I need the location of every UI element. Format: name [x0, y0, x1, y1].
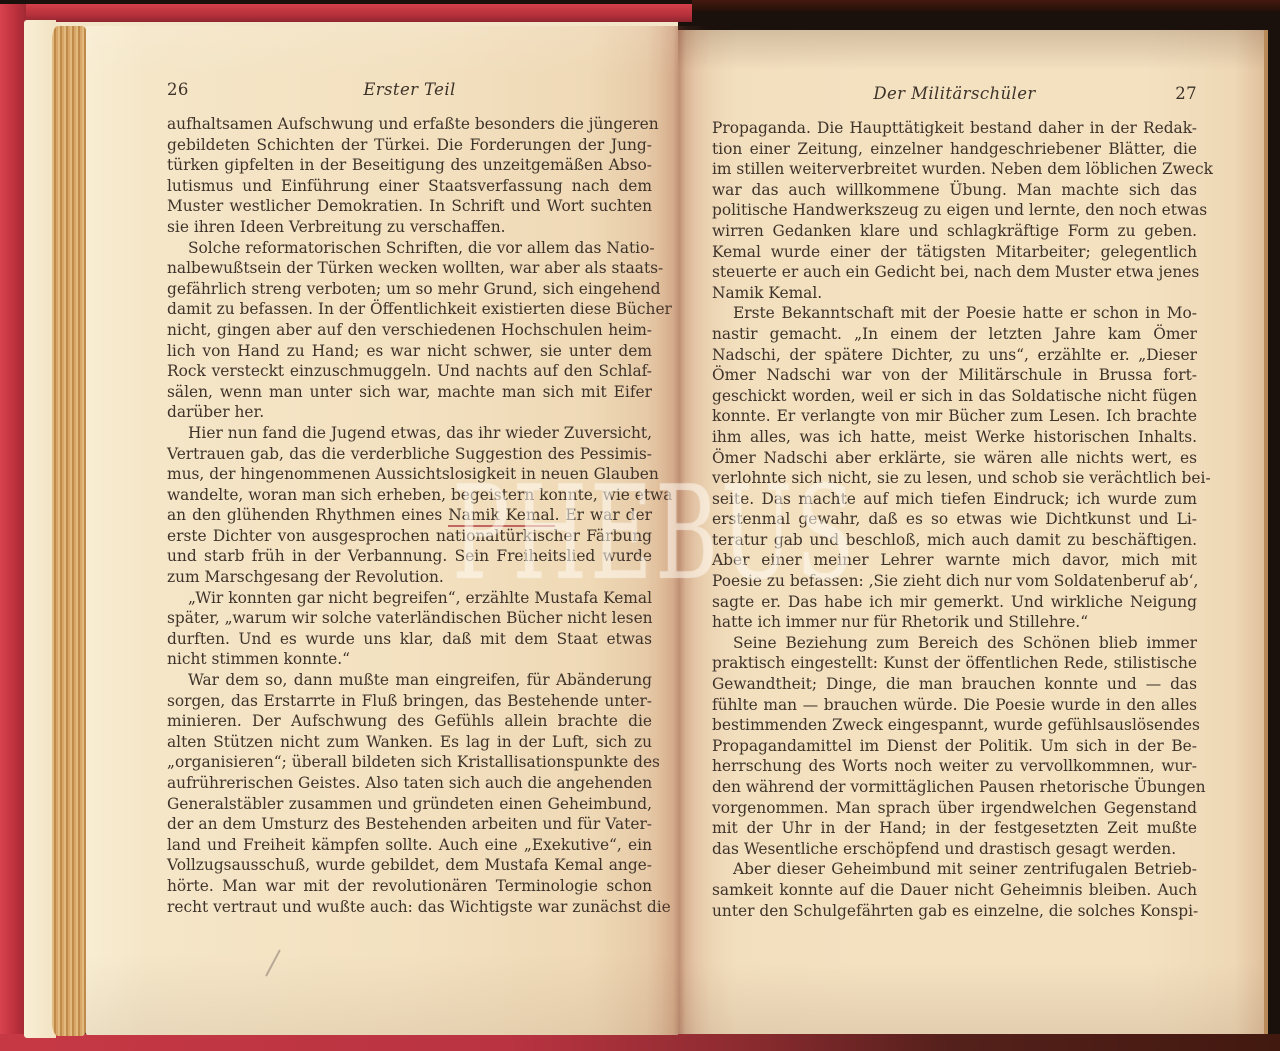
text-line: sie ihren Ideen Verbreitung zu verschaff…: [167, 217, 652, 238]
text-line: recht vertraut und wußte auch: das Wicht…: [167, 897, 652, 918]
left-header-title: Erster Teil: [363, 80, 455, 99]
text-line: Nadschi, der spätere Dichter, zu uns“, e…: [712, 345, 1197, 366]
left-running-head-inner: 26 Erster Teil: [167, 80, 652, 99]
left-page-number: 26: [167, 80, 189, 99]
text-line: lutismus und Einführung einer Staatsverf…: [167, 176, 652, 197]
page-stack-fore-edge: [52, 26, 88, 1036]
text-line: geschickt worden, weil er sich in das So…: [712, 386, 1197, 407]
paragraph: Solche reformatorischen Schriften, die v…: [167, 238, 652, 423]
text-line: wirren Gedanken klare und schlagkräftige…: [712, 221, 1197, 242]
text-line: Propagandamittel im Dienst der Politik. …: [712, 736, 1197, 757]
book-cover-top-edge: [0, 4, 692, 22]
pencil-mark: [265, 949, 281, 976]
text-line: sorgen, das Erstarrte in Fluß bringen, d…: [167, 691, 652, 712]
text-line: Aber einer meiner Lehrer warnte mich dav…: [712, 550, 1197, 571]
text-line: samkeit konnte auf die Dauer nicht Gehei…: [712, 880, 1197, 901]
text-line: alten Stützen nicht zum Wanken. Es lag i…: [167, 732, 652, 753]
text-line: lich von Hand zu Hand; es war nicht schw…: [167, 341, 652, 362]
text-line: land und Freiheit kämpfen sollte. Auch e…: [167, 835, 652, 856]
text-line: War dem so, dann mußte man eingreifen, f…: [167, 670, 652, 691]
text-line: Gewandtheit; Dinge, die man brauchen kon…: [712, 674, 1197, 695]
text-line: verlohnte sich nicht, sie zu lesen, und …: [712, 468, 1197, 489]
text-line: darüber her.: [167, 402, 652, 423]
text-line: Poesie zu befassen: ‚Sie zieht dich nur …: [712, 571, 1197, 592]
text-line: Muster westlicher Demokratien. In Schrif…: [167, 196, 652, 217]
book-cover-top-right-edge: [692, 0, 1280, 12]
text-line: tion einer Zeitung, einzelner handgeschr…: [712, 139, 1197, 160]
text-line: später, „warum wir solche vaterländische…: [167, 608, 652, 629]
paragraph: War dem so, dann mußte man eingreifen, f…: [167, 670, 652, 917]
underline-annotation: Namik Kemal: [448, 506, 554, 527]
text-line: Erste Bekanntschaft mit der Poesie hatte…: [712, 303, 1197, 324]
text-line: „Wir konnten gar nicht begreifen“, erzäh…: [167, 588, 652, 609]
text-line: nastir gemacht. „In einem der letzten Ja…: [712, 324, 1197, 345]
text-line: sälen, wenn man unter sich war, machte m…: [167, 382, 652, 403]
text-line: Propaganda. Die Haupttätigkeit bestand d…: [712, 118, 1197, 139]
text-line: mit der Uhr in der Hand; in der festgese…: [712, 818, 1197, 839]
right-page-body: Propaganda. Die Haupttätigkeit bestand d…: [712, 118, 1197, 921]
text-line: Vertrauen gab, das die verderbliche Sugg…: [167, 444, 652, 465]
right-running-head-inner: Der Militärschüler 27: [712, 84, 1197, 103]
text-line: das Wesentliche erschöpfend und drastisc…: [712, 839, 1197, 860]
book-cover-left-edge: [0, 4, 26, 1041]
right-page-number: 27: [1175, 84, 1197, 103]
text-line: Solche reformatorischen Schriften, die v…: [167, 238, 652, 259]
text-line: Kemal wurde einer der tätigsten Mitarbei…: [712, 242, 1197, 263]
text-line: Seine Beziehung zum Bereich des Schönen …: [712, 633, 1197, 654]
right-page: Der Militärschüler 27 Propaganda. Die Ha…: [678, 30, 1268, 1034]
text-line: nicht stimmen konnte.“: [167, 649, 652, 670]
text-line: „organisieren“; überall bildeten sich Kr…: [167, 752, 652, 773]
text-line: Hier nun fand die Jugend etwas, das ihr …: [167, 423, 652, 444]
text-line: sagte er. Das habe ich mir gemerkt. Und …: [712, 592, 1197, 613]
text-line: herrschung des Worts noch weiter zu verv…: [712, 756, 1197, 777]
text-line: hörte. Man war mit der revolutionären Te…: [167, 876, 652, 897]
paragraph: Erste Bekanntschaft mit der Poesie hatte…: [712, 303, 1197, 633]
left-page-body: aufhaltsamen Aufschwung und erfaßte beso…: [167, 114, 652, 917]
text-line: aufhaltsamen Aufschwung und erfaßte beso…: [167, 114, 652, 135]
text-line: Ömer Nadschi aber erklärte, sie wären al…: [712, 448, 1197, 469]
text-line: und starb früh in der Verbannung. Sein F…: [167, 546, 652, 567]
text-line: der an dem Umsturz des Bestehenden arbei…: [167, 814, 652, 835]
text-line: Generalstäbler zusammen und gründeten ei…: [167, 794, 652, 815]
text-line: gefährlich streng verboten; um so mehr G…: [167, 279, 652, 300]
text-line: Aber dieser Geheimbund mit seiner zentri…: [712, 859, 1197, 880]
text-line: türken gipfelten in der Beseitigung des …: [167, 155, 652, 176]
text-line: bestimmenden Zweck eingespannt, wurde ge…: [712, 715, 1197, 736]
text-line: damit zu befassen. In der Öffentlichkeit…: [167, 299, 652, 320]
text-line: politische Handwerkszeug zu eigen und le…: [712, 200, 1197, 221]
paragraph: Seine Beziehung zum Bereich des Schönen …: [712, 633, 1197, 860]
text-line: steuerte er auch ein Gedicht bei, nach d…: [712, 262, 1197, 283]
book-cover-bottom-edge: [0, 1034, 1280, 1051]
text-line: war das auch willkommene Übung. Man mach…: [712, 180, 1197, 201]
text-line: unter den Schulgefährten gab es einzelne…: [712, 901, 1197, 922]
text-line: erste Dichter von ausgesprochen national…: [167, 526, 652, 547]
left-page: 26 Erster Teil aufhaltsamen Aufschwung u…: [86, 26, 678, 1035]
right-header-title: Der Militärschüler: [873, 84, 1035, 103]
text-line: zum Marschgesang der Revolution.: [167, 567, 652, 588]
text-line: konnte. Er verlangte von mir Bücher zum …: [712, 406, 1197, 427]
paragraph: Propaganda. Die Haupttätigkeit bestand d…: [712, 118, 1197, 303]
text-line: aufrührerischen Geistes. Also taten sich…: [167, 773, 652, 794]
text-line: Ömer Nadschi war von der Militärschule i…: [712, 365, 1197, 386]
right-running-head: Der Militärschüler 27: [678, 84, 1264, 106]
paragraph: aufhaltsamen Aufschwung und erfaßte beso…: [167, 114, 652, 238]
open-book-photo: 26 Erster Teil aufhaltsamen Aufschwung u…: [0, 0, 1280, 1051]
text-line: an den glühenden Rhythmen eines Namik Ke…: [167, 505, 652, 526]
left-running-head: 26 Erster Teil: [86, 80, 678, 102]
paragraph: Hier nun fand die Jugend etwas, das ihr …: [167, 423, 652, 588]
text-line: gebildeten Schichten der Türkei. Die For…: [167, 135, 652, 156]
text-line: wandelte, woran man sich erheben, begeis…: [167, 485, 652, 506]
text-line: nalbewußtsein der Türken wecken wollten,…: [167, 258, 652, 279]
text-line: im stillen weiterverbreitet wurden. Nebe…: [712, 159, 1197, 180]
text-line: ihm alles, was ich hatte, meist Werke hi…: [712, 427, 1197, 448]
text-line: minieren. Der Aufschwung des Gefühls all…: [167, 711, 652, 732]
text-line: hatte ich immer nur für Rhetorik und Sti…: [712, 612, 1197, 633]
text-line: Namik Kemal.: [712, 283, 1197, 304]
text-line: seite. Das machte auf mich tiefen Eindru…: [712, 489, 1197, 510]
text-line: teratur gab und beschloß, mich auch dami…: [712, 530, 1197, 551]
text-line: mus, der hingenommenen Aussichtslosigkei…: [167, 464, 652, 485]
paragraph: Aber dieser Geheimbund mit seiner zentri…: [712, 859, 1197, 921]
text-line: praktisch eingestellt: Kunst der öffentl…: [712, 653, 1197, 674]
text-line: Vollzugsausschuß, wurde gebildet, dem Mu…: [167, 855, 652, 876]
text-line: fühlte man — brauchen würde. Die Poesie …: [712, 695, 1197, 716]
text-line: durften. Und es wurde uns klar, daß mit …: [167, 629, 652, 650]
text-line: erstenmal gewahr, daß es so etwas wie Di…: [712, 509, 1197, 530]
text-line: vorgenommen. Man sprach über irgendwelch…: [712, 798, 1197, 819]
paragraph: „Wir konnten gar nicht begreifen“, erzäh…: [167, 588, 652, 670]
text-line: Rock versteckt einzuschmuggeln. Und nach…: [167, 361, 652, 382]
text-line: nicht, gingen aber auf den verschiedenen…: [167, 320, 652, 341]
text-line: den während der vormittäglichen Pausen r…: [712, 777, 1197, 798]
